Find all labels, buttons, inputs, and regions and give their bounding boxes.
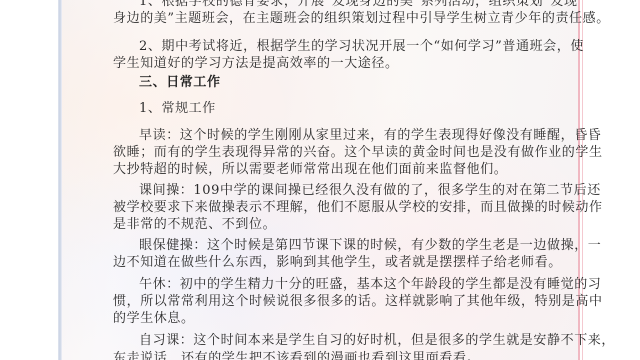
paragraph-line: 眼保健操：这个时候是第四节课下课的时候，有少数的学生老是一边做操，一 <box>139 238 601 254</box>
paragraph-line: 早读：这个时候的学生刚刚从家里过来，有的学生表现得好像没有睡醒，昏昏 <box>139 128 601 144</box>
paragraph-line: 惯，所以常常利用这个时候说很多很多的话。这样就影响了其他年级，特别是高中 <box>113 294 603 310</box>
page-left-edge <box>58 0 62 360</box>
paragraph-line: 2、期中考试将近，根据学生的学习状况开展一个“如何学习”普通班会，使 <box>139 39 584 55</box>
paragraph-line: 身边的美”主题班会，在主题班会的组织策划过程中引导学生树立青少年的责任感。 <box>113 11 610 27</box>
paragraph-line: 课间操：109中学的课间操已经很久没有做的了，很多学生的对在第二节后还 <box>139 183 601 199</box>
section-heading: 三、日常工作 <box>139 75 221 91</box>
subsection-heading: 1、常规工作 <box>139 101 216 117</box>
paragraph-line: 被学校要求下来做操表示不理解，他们不愿服从学校的安排，而且做操的时候动作 <box>113 200 603 216</box>
document-viewer: 1、根据学校的德育要求，开展“发现身边的美”系列活动，组织策划“发现 身边的美”… <box>0 0 640 360</box>
paragraph-line: 大抄特超的时候，所以需要老师常常出现在他们面前来监督他们。 <box>113 162 507 178</box>
paragraph-line: 的学生休息。 <box>113 311 195 327</box>
paragraph-line: 1、根据学校的德育要求，开展“发现身边的美”系列活动，组织策划“发现 <box>139 0 578 10</box>
paragraph-line: 学生知道好的学习方法是提高效率的一大途径。 <box>113 56 399 72</box>
paragraph-line: 欲睡；而有的学生表现得异常的兴奋。这个早读的黄金时间也是没有做作业的学生 <box>113 145 603 161</box>
paragraph-line: 自习课：这个时间本来是学生自习的好时机，但是很多的学生就是安静不下来， <box>139 333 615 349</box>
paragraph-line: 午休：初中的学生精力十分的旺盛，基本这个年龄段的学生都是没有睡觉的习 <box>139 277 601 293</box>
paragraph-line: 边不知道在做些什么东西，影响到其他学生，或者就是摆摆样子给老师看。 <box>113 255 562 271</box>
paragraph-line: 东走说话，还有的学生把不该看到的漫画也看到这里面看看。 <box>113 351 480 360</box>
paragraph-line: 是非常的不规范、不到位。 <box>113 217 276 233</box>
